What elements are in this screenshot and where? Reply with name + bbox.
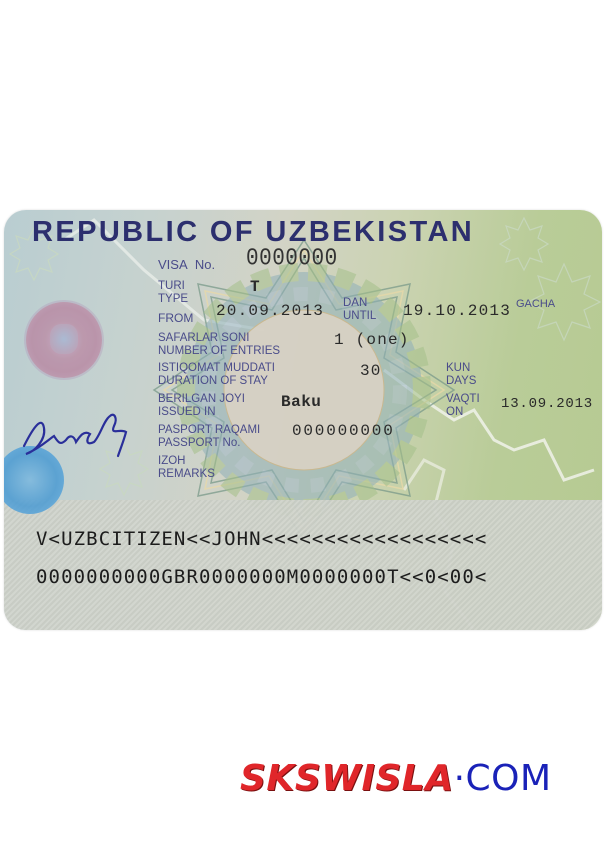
mrz-zone <box>4 500 602 630</box>
watermark-dot: · <box>454 758 466 799</box>
entries-label-en: NUMBER OF ENTRIES <box>158 345 280 358</box>
issued-in-label: BERILGAN JOYI ISSUED IN <box>158 393 245 419</box>
visa-label: VISA No. <box>158 258 215 271</box>
hologram-emblem-icon <box>26 302 102 378</box>
until-value: 19.10.2013 <box>403 302 511 320</box>
passport-label-uz: PASPORT RAQAMI <box>158 424 260 437</box>
mrz-line-1: V<UZBCITIZEN<<JOHN<<<<<<<<<<<<<<<<<< <box>36 528 487 550</box>
from-value: 20.09.2013 <box>216 302 324 320</box>
visa-number: 0000000 <box>246 246 338 272</box>
mrz-line-2: 0000000000GBR0000000M0000000T<<0<00< <box>36 566 487 588</box>
from-label: FROM <box>158 312 193 325</box>
remarks-label-uz: IZOH <box>158 455 215 468</box>
type-label-en: TYPE <box>158 293 188 306</box>
watermark: SKSWISLA·COM <box>240 758 552 799</box>
issued-in-value: Baku <box>281 393 321 411</box>
visa-card: REPUBLIC OF UZBEKISTAN VISA No. 0000000 … <box>4 210 602 630</box>
remarks-label-en: REMARKS <box>158 468 215 481</box>
issued-in-label-uz: BERILGAN JOYI <box>158 393 245 406</box>
duration-unit-uz: KUN <box>446 362 476 375</box>
issued-on-label: VAQTI ON <box>446 393 480 419</box>
type-value: T <box>250 278 261 296</box>
duration-label-en: DURATION OF STAY <box>158 375 275 388</box>
passport-label: PASPORT RAQAMI PASSPORT No. <box>158 424 260 450</box>
passport-value: 000000000 <box>292 422 395 440</box>
until-suffix: GACHA <box>516 298 555 311</box>
entries-label-uz: SAFARLAR SONI <box>158 332 280 345</box>
duration-label: ISTIQOMAT MUDDATI DURATION OF STAY <box>158 362 275 388</box>
duration-label-uz: ISTIQOMAT MUDDATI <box>158 362 275 375</box>
issued-on-value: 13.09.2013 <box>501 396 593 412</box>
watermark-brand: SKSWISLA <box>240 758 454 799</box>
visa-label-text: VISA <box>158 257 188 272</box>
from-label-en: FROM <box>158 312 193 325</box>
until-label-uz: DAN <box>343 297 376 310</box>
watermark-tld: COM <box>466 758 552 799</box>
type-label-uz: TURI <box>158 280 188 293</box>
duration-value: 30 <box>360 362 382 380</box>
entries-value: 1 (one) <box>334 331 410 349</box>
issued-in-label-en: ISSUED IN <box>158 406 245 419</box>
issued-on-label-en: ON <box>446 406 480 419</box>
country-title: REPUBLIC OF UZBEKISTAN <box>32 216 474 249</box>
until-label-en: UNTIL <box>343 310 376 323</box>
issued-on-label-uz: VAQTI <box>446 393 480 406</box>
until-label: DAN UNTIL <box>343 297 376 323</box>
remarks-label: IZOH REMARKS <box>158 455 215 481</box>
entries-label: SAFARLAR SONI NUMBER OF ENTRIES <box>158 332 280 358</box>
no-label-text: No. <box>195 257 215 272</box>
signature-icon <box>14 406 134 466</box>
type-label: TURI TYPE <box>158 280 188 306</box>
passport-label-en: PASSPORT No. <box>158 437 260 450</box>
duration-unit: KUN DAYS <box>446 362 476 388</box>
duration-unit-en: DAYS <box>446 375 476 388</box>
